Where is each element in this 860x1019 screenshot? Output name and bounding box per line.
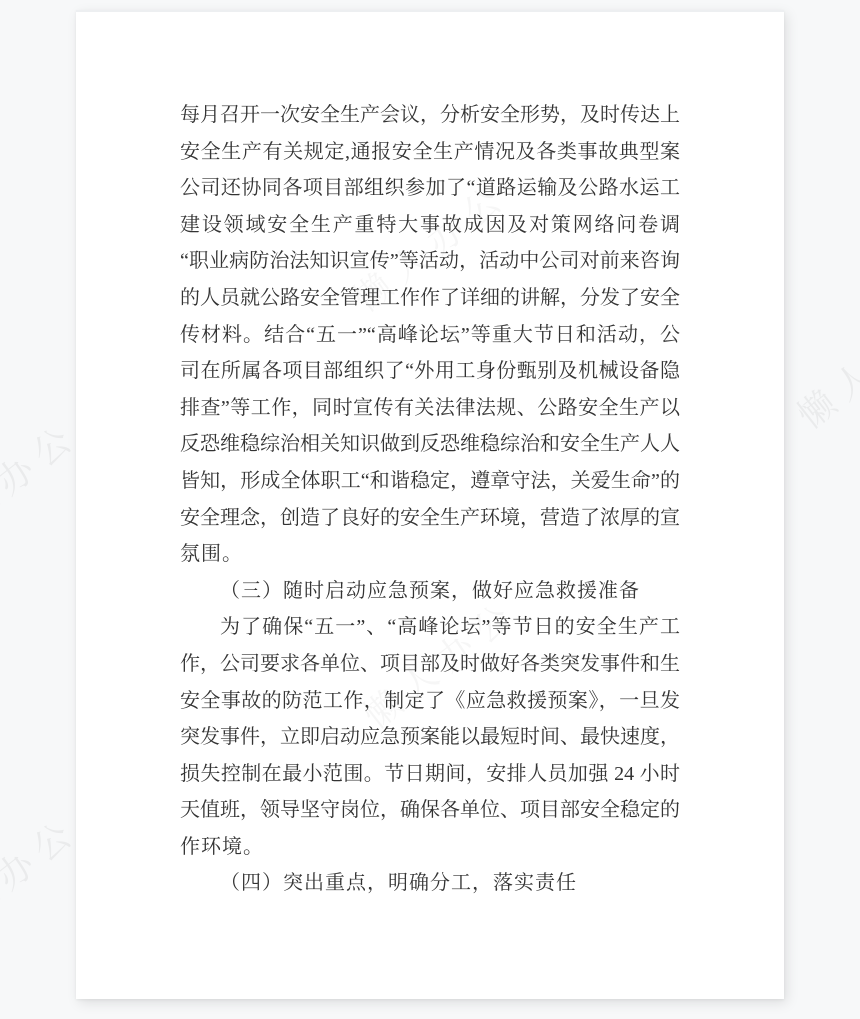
- text-line: 为了确保“五一”、“高峰论坛”等节日的安全生产工: [180, 609, 680, 646]
- text-line: 传材料。结合“五一”“高峰论坛”等重大节日和活动，公: [180, 317, 680, 354]
- text-line: 每月召开一次安全生产会议，分析安全形势，及时传达上级: [180, 97, 680, 134]
- text-line: （四）突出重点，明确分工，落实责任: [180, 865, 680, 902]
- text-line: 反恐维稳综治相关知识做到反恐维稳综治和安全生产人人: [180, 426, 680, 463]
- text-line: 突发事件，立即启动应急预案能以最短时间、最快速度，把: [180, 719, 680, 756]
- text-line: 的人员就公路安全管理工作作了详细的讲解，分发了安全宣: [180, 280, 680, 317]
- document-body: 每月召开一次安全生产会议，分析安全形势，及时传达上级安全生产有关规定,通报安全生…: [180, 97, 680, 902]
- page-background: 懒人办公 懒人办公 懒人办公 懒人办公 懒人办公 每月召开一次安全生产会议，分析…: [0, 0, 860, 1019]
- watermark-right: 懒人办公: [786, 285, 860, 438]
- text-line: 排查”等工作，同时宣传有关法律法规、公路安全生产以及: [180, 390, 680, 427]
- text-line: 皆知，形成全体职工“和谐稳定，遵章守法，关爱生命”的: [180, 463, 680, 500]
- text-line: 安全事故的防范工作，制定了《应急救援预案》，一旦发生: [180, 683, 680, 720]
- text-line: 作，公司要求各单位、项目部及时做好各类突发事件和生产: [180, 646, 680, 683]
- document-page: 每月召开一次安全生产会议，分析安全形势，及时传达上级安全生产有关规定,通报安全生…: [76, 10, 784, 999]
- text-line: 公司还协同各项目部组织参加了“道路运输及公路水运工程: [180, 170, 680, 207]
- text-line: “职业病防治法知识宣传”等活动，活动中公司对前来咨询: [180, 243, 680, 280]
- text-line: 氛围。: [180, 536, 680, 573]
- text-line: 安全生产有关规定,通报安全生产情况及各类事故典型案例。: [180, 134, 680, 171]
- text-line: 天值班，领导坚守岗位，确保各单位、项目部安全稳定的工: [180, 792, 680, 829]
- text-line: 安全理念，创造了良好的安全生产环境，营造了浓厚的宣传: [180, 500, 680, 537]
- text-line: 损失控制在最小范围。节日期间，安排人员加强 24 小时全: [180, 756, 680, 793]
- watermark-left-top: 懒人办公: [0, 408, 88, 561]
- text-line: （三）随时启动应急预案，做好应急救援准备: [180, 573, 680, 610]
- watermark-left-bottom: 懒人办公: [0, 803, 88, 956]
- text-line: 司在所属各项目部组织了“外用工身份甄别及机械设备隐患: [180, 353, 680, 390]
- text-line: 作环境。: [180, 829, 680, 866]
- text-line: 建设领域安全生产重特大事故成因及对策网络问卷调查”、: [180, 207, 680, 244]
